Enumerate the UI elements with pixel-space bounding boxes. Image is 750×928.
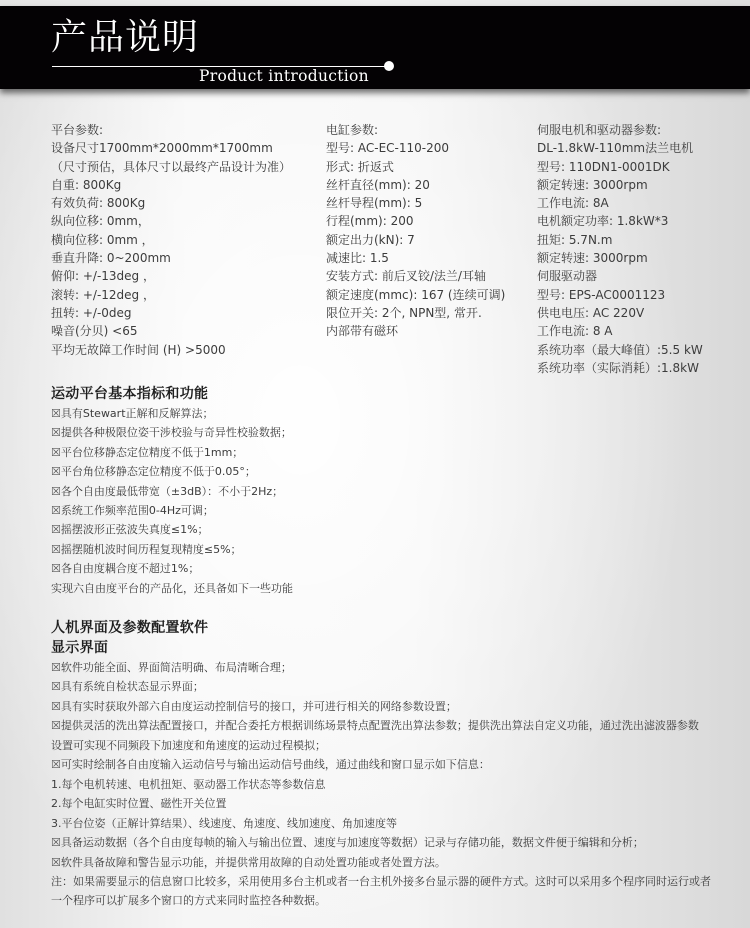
checkbox-x-icon: ☒ [51, 700, 61, 713]
list-item-text: 各个自由度最低带宽（±3dB）：不小于2Hz； [61, 485, 283, 498]
list-item: ☒各个自由度最低带宽（±3dB）：不小于2Hz； [51, 482, 293, 501]
list-item: ☒平台角位移静态定位精度不低于0.05°； [51, 462, 293, 481]
list-item-text: 各自由度耦合度不超过1%； [61, 562, 199, 575]
checkbox-x-icon: ☒ [51, 426, 61, 439]
list-item-text: 具有实时获取外部六自由度运动控制信号的接口，并可进行相关的网络参数设置； [61, 700, 457, 713]
checkbox-x-icon: ☒ [51, 485, 61, 498]
spec-line: 形式: 折返式 [326, 158, 505, 176]
motion-platform-section: 运动平台基本指标和功能 ☒具有Stewart正解和反解算法；☒提供各种极限位姿干… [51, 384, 293, 598]
list-item-text: 具备运动数据（各个自由度每帧的输入与输出位置、速度与加速度等数据）记录与存储功能… [61, 836, 644, 849]
list-item-text: 平台角位移静态定位精度不低于0.05°； [61, 465, 256, 478]
checkbox-x-icon: ☒ [51, 523, 61, 536]
spec-line: （尺寸预估，具体尺寸以最终产品设计为准） [51, 158, 291, 176]
header-banner: 产品说明 Product introduction [0, 6, 750, 89]
spec-line: 电缸参数: [326, 121, 505, 139]
spec-line: 额定转速: 3000rpm [537, 176, 703, 194]
checkbox-x-icon: ☒ [51, 465, 61, 478]
list-item: ☒提供灵活的洗出算法配置接口，并配合委托方根据训练场景特点配置洗出算法参数；提供… [51, 716, 711, 735]
spec-line: 扭转: +/-0deg [51, 304, 291, 322]
spec-line: 丝杆直径(mm): 20 [326, 176, 505, 194]
list-item: ☒可实时绘制各自由度输入运动信号与输出运动信号曲线，通过曲线和窗口显示如下信息： [51, 755, 711, 774]
spec-line: 设备尺寸1700mm*2000mm*1700mm [51, 139, 291, 157]
spec-line: 安装方式: 前后叉铰/法兰/耳轴 [326, 267, 505, 285]
section-subheading: 显示界面 [51, 638, 711, 658]
list-item-text: 软件具备故障和警告显示功能，并提供常用故障的自动处置功能或者处置方法。 [61, 856, 446, 869]
list-item-text: 具有系统自检状态显示界面； [61, 680, 204, 693]
spec-line: 横向位移: 0mm ， [51, 231, 291, 249]
actuator-params: 电缸参数: 型号: AC-EC-110-200 形式: 折返式 丝杆直径(mm)… [326, 121, 505, 341]
spec-line: 供电电压: AC 220V [537, 304, 703, 322]
spec-line: 有效负荷: 800Kg [51, 194, 291, 212]
list-item-text: 3.平台位姿（正解计算结果）、线速度、角速度、线加速度、角加速度等 [51, 817, 397, 830]
list-item-text: 注：如果需要显示的信息窗口比较多，采用使用多台主机或者一台主机外接多台显示器的硬… [51, 875, 711, 888]
list-item-text: 系统工作频率范围0-4Hz可调； [61, 504, 214, 517]
list-item: 2.每个电缸实时位置、磁性开关位置 [51, 794, 711, 813]
spec-line: DL-1.8kW-110mm法兰电机 [537, 139, 703, 157]
checkbox-x-icon: ☒ [51, 836, 61, 849]
spec-line: 限位开关: 2个, NPN型, 常开. [326, 304, 505, 322]
spec-line: 电机额定功率: 1.8kW*3 [537, 212, 703, 230]
list-item: ☒各自由度耦合度不超过1%； [51, 559, 293, 578]
list-item-text: 具有Stewart正解和反解算法； [61, 407, 214, 420]
spec-line: 型号: 110DN1-0001DK [537, 158, 703, 176]
list-item-text: 提供灵活的洗出算法配置接口，并配合委托方根据训练场景特点配置洗出算法参数；提供洗… [61, 719, 699, 732]
spec-line: 噪音(分贝) <65 [51, 322, 291, 340]
spec-line: 系统功率（最大峰值）:5.5 kW [537, 341, 703, 359]
list-item-text: 1.每个电机转速、电机扭矩、驱动器工作状态等参数信息 [51, 778, 326, 791]
checkbox-x-icon: ☒ [51, 758, 61, 771]
checkbox-x-icon: ☒ [51, 407, 61, 420]
spec-line: 垂直升降: 0~200mm [51, 249, 291, 267]
spec-line: 扭矩: 5.7N.m [537, 231, 703, 249]
list-item-text: 一个程序可以扩展多个窗口的方式来同时监控各种数据。 [51, 894, 326, 907]
spec-line: 额定速度(mmc): 167 (连续可调) [326, 286, 505, 304]
list-item-text: 设置可实现不同频段下加速度和角速度的运动过程模拟； [51, 739, 326, 752]
checkbox-x-icon: ☒ [51, 504, 61, 517]
spec-line: 工作电流: 8 A [537, 322, 703, 340]
spec-line: 额定出力(kN): 7 [326, 231, 505, 249]
spec-line: 自重: 800Kg [51, 176, 291, 194]
checkbox-x-icon: ☒ [51, 719, 61, 732]
list-item: ☒软件功能全面、界面简洁明确、布局清晰合理； [51, 658, 711, 677]
list-item: ☒提供各种极限位姿干涉校验与奇异性校验数据； [51, 423, 293, 442]
list-item: 3.平台位姿（正解计算结果）、线速度、角速度、线加速度、角加速度等 [51, 814, 711, 833]
list-item: 设置可实现不同频段下加速度和角速度的运动过程模拟； [51, 736, 711, 755]
spec-line: 型号: EPS-AC0001123 [537, 286, 703, 304]
list-item-text: 平台位移静态定位精度不低于1mm； [61, 446, 243, 459]
list-item: ☒摇摆随机波时间历程复现精度≤5%； [51, 540, 293, 559]
spec-line: 平台参数: [51, 121, 291, 139]
software-section: 人机界面及参数配置软件 显示界面 ☒软件功能全面、界面简洁明确、布局清晰合理；☒… [51, 618, 711, 911]
checkbox-x-icon: ☒ [51, 680, 61, 693]
list-item: ☒平台位移静态定位精度不低于1mm； [51, 443, 293, 462]
list-item: ☒具有系统自检状态显示界面； [51, 677, 711, 696]
checkbox-x-icon: ☒ [51, 856, 61, 869]
page-title: 产品说明 [51, 16, 199, 60]
underline-dot-icon [384, 61, 394, 71]
list-item: 一个程序可以扩展多个窗口的方式来同时监控各种数据。 [51, 891, 711, 910]
checkbox-x-icon: ☒ [51, 661, 61, 674]
checkbox-x-icon: ☒ [51, 562, 61, 575]
spec-line: 伺服电机和驱动器参数: [537, 121, 703, 139]
spec-line: 俯仰: +/-13deg ， [51, 267, 291, 285]
list-item: ☒系统工作频率范围0-4Hz可调； [51, 501, 293, 520]
section-heading: 运动平台基本指标和功能 [51, 384, 293, 404]
spec-line: 滚转: +/-12deg ， [51, 286, 291, 304]
feature-list: ☒具有Stewart正解和反解算法；☒提供各种极限位姿干涉校验与奇异性校验数据；… [51, 404, 293, 579]
list-item-text: 可实时绘制各自由度输入运动信号与输出运动信号曲线，通过曲线和窗口显示如下信息： [61, 758, 490, 771]
list-item: ☒软件具备故障和警告显示功能，并提供常用故障的自动处置功能或者处置方法。 [51, 853, 711, 872]
page-subtitle: Product introduction [199, 67, 369, 85]
list-item-text: 软件功能全面、界面简洁明确、布局清晰合理； [61, 661, 292, 674]
spec-line: 工作电流: 8A [537, 194, 703, 212]
feature-list: ☒软件功能全面、界面简洁明确、布局清晰合理；☒具有系统自检状态显示界面；☒具有实… [51, 658, 711, 911]
checkbox-x-icon: ☒ [51, 543, 61, 556]
servo-params: 伺服电机和驱动器参数: DL-1.8kW-110mm法兰电机 型号: 110DN… [537, 121, 703, 377]
list-item: ☒具有实时获取外部六自由度运动控制信号的接口，并可进行相关的网络参数设置； [51, 697, 711, 716]
spec-line: 额定转速: 3000rpm [537, 249, 703, 267]
spec-line: 平均无故障工作时间 (H) >5000 [51, 341, 291, 359]
list-item-text: 2.每个电缸实时位置、磁性开关位置 [51, 797, 227, 810]
spec-line: 系统功率（实际消耗）:1.8kW [537, 359, 703, 377]
spec-line: 减速比: 1.5 [326, 249, 505, 267]
list-item: 1.每个电机转速、电机扭矩、驱动器工作状态等参数信息 [51, 775, 711, 794]
spec-line: 丝杆导程(mm): 5 [326, 194, 505, 212]
section-footer-text: 实现六自由度平台的产品化，还具备如下一些功能 [51, 579, 293, 598]
spec-line: 纵向位移: 0mm， [51, 212, 291, 230]
checkbox-x-icon: ☒ [51, 446, 61, 459]
list-item-text: 摇摆波形正弦波失真度≤1%； [61, 523, 209, 536]
spec-line: 伺服驱动器 [537, 267, 703, 285]
section-heading: 人机界面及参数配置软件 [51, 618, 711, 638]
list-item: 注：如果需要显示的信息窗口比较多，采用使用多台主机或者一台主机外接多台显示器的硬… [51, 872, 711, 891]
list-item: ☒具有Stewart正解和反解算法； [51, 404, 293, 423]
list-item-text: 摇摆随机波时间历程复现精度≤5%； [61, 543, 242, 556]
spec-line: 行程(mm): 200 [326, 212, 505, 230]
list-item: ☒具备运动数据（各个自由度每帧的输入与输出位置、速度与加速度等数据）记录与存储功… [51, 833, 711, 852]
list-item: ☒摇摆波形正弦波失真度≤1%； [51, 520, 293, 539]
list-item-text: 提供各种极限位姿干涉校验与奇异性校验数据； [61, 426, 292, 439]
spec-line: 内部带有磁环 [326, 322, 505, 340]
platform-params: 平台参数: 设备尺寸1700mm*2000mm*1700mm （尺寸预估，具体尺… [51, 121, 291, 359]
spec-line: 型号: AC-EC-110-200 [326, 139, 505, 157]
